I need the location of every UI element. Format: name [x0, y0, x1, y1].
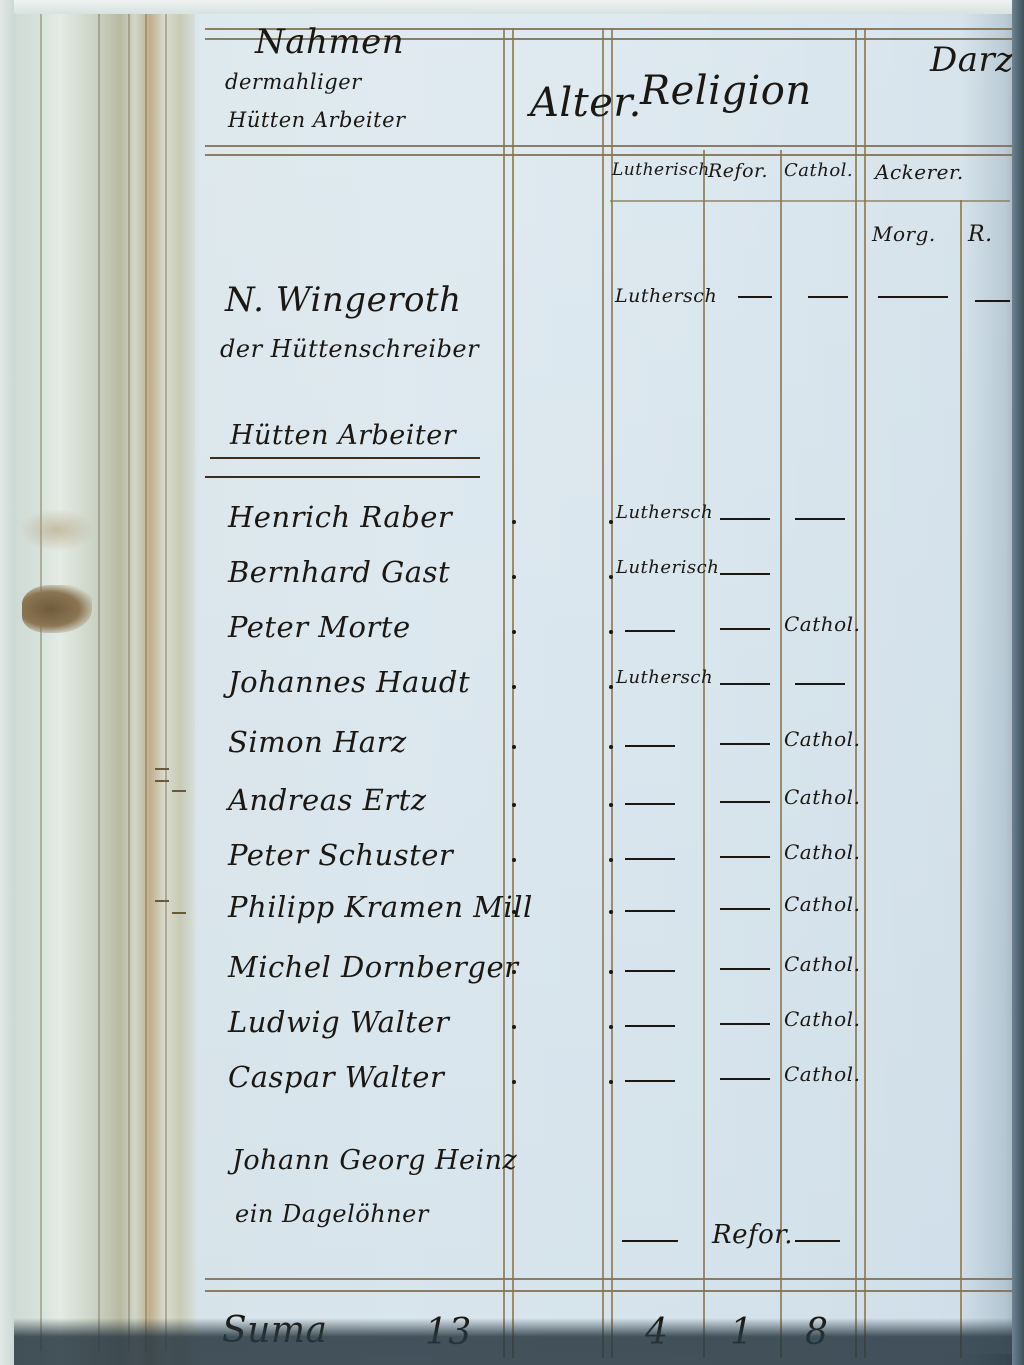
page-edge: [40, 14, 42, 1351]
dash: [625, 910, 675, 912]
dot: [512, 858, 516, 862]
dash: [625, 803, 675, 805]
worker-cath: Cathol.: [784, 785, 860, 809]
ruling-total: [205, 1278, 1015, 1280]
dot: [609, 685, 613, 689]
worker-cath: Cathol.: [784, 727, 860, 751]
dot: [609, 630, 613, 634]
entry-name: N. Wingeroth: [225, 280, 461, 320]
subheader-morg: Morg.: [872, 222, 936, 246]
worker-cath: Cathol.: [784, 892, 860, 916]
ruling-col: [602, 28, 604, 1358]
dash: [720, 908, 770, 910]
dash: [720, 518, 770, 520]
entry-note: der Hüttenschreiber: [220, 335, 479, 363]
dash: [625, 1025, 675, 1027]
dot: [512, 575, 516, 579]
dash: [720, 628, 770, 630]
photo-shadow: [0, 1318, 1024, 1365]
dot: [609, 520, 613, 524]
page-edge: [145, 14, 147, 1351]
dash: [622, 1240, 678, 1242]
section-heading: Hütten Arbeiter: [230, 420, 456, 451]
header-name-line3: Hütten Arbeiter: [228, 108, 406, 132]
page-edge: [98, 14, 100, 1351]
worker-luth: Luthersch: [616, 502, 713, 523]
worker-cath: Cathol.: [784, 612, 860, 636]
daylaborer-refo: Refor.: [712, 1220, 793, 1250]
dash: [625, 970, 675, 972]
dot: [609, 745, 613, 749]
page-edge: [128, 14, 130, 1351]
dash: [625, 858, 675, 860]
dash: [720, 856, 770, 858]
ruling-col: [611, 28, 613, 1358]
section-underline: [205, 476, 480, 478]
margin-mark: [155, 768, 169, 770]
dash: [625, 745, 675, 747]
dash: [795, 518, 845, 520]
worker-name: Peter Morte: [228, 610, 411, 644]
worker-cath: Cathol.: [784, 840, 860, 864]
dot: [609, 803, 613, 807]
worker-name: Ludwig Walter: [228, 1005, 449, 1039]
dot: [512, 1080, 516, 1084]
dash: [720, 743, 770, 745]
dash: [808, 296, 848, 298]
worker-cath: Cathol.: [784, 952, 860, 976]
worker-name: Simon Harz: [228, 725, 407, 759]
dot: [609, 1080, 613, 1084]
dash: [795, 1240, 840, 1242]
dash: [795, 683, 845, 685]
dash: [625, 630, 675, 632]
worker-name: Bernhard Gast: [228, 555, 450, 589]
dash: [625, 1080, 675, 1082]
dot: [609, 1025, 613, 1029]
daylaborer-name: Johann Georg Heinz: [232, 1145, 517, 1176]
worker-name: Caspar Walter: [228, 1060, 444, 1094]
daylaborer-note: ein Dagelöhner: [235, 1200, 429, 1228]
header-name-line2: dermahliger: [225, 70, 362, 94]
dash: [878, 296, 948, 298]
entry-luth: Luthersch: [615, 285, 717, 307]
dot: [512, 910, 516, 914]
margin-mark: [155, 900, 169, 902]
worker-cath: Cathol.: [784, 1062, 860, 1086]
dash: [720, 683, 770, 685]
worker-name: Philipp Kramen Mill: [228, 890, 533, 924]
dot: [512, 685, 516, 689]
document-photo: Nahmen dermahliger Hütten Arbeiter Alter…: [0, 0, 1024, 1365]
subheader-cath: Cathol.: [784, 160, 853, 181]
page-edge: [165, 14, 167, 1351]
margin-mark: [172, 912, 186, 914]
ruling-total: [205, 1290, 1015, 1292]
dot: [512, 970, 516, 974]
worker-cath: Cathol.: [784, 1007, 860, 1031]
header-name-line1: Nahmen: [255, 22, 404, 62]
ruling-header-bottom: [205, 145, 1015, 147]
ruling-col: [960, 200, 962, 1358]
dot: [512, 520, 516, 524]
dash: [720, 1078, 770, 1080]
dot: [512, 803, 516, 807]
worker-name: Peter Schuster: [228, 838, 453, 872]
subheader-refo: Refor.: [708, 160, 768, 182]
dot: [512, 630, 516, 634]
ruling-header-bottom: [205, 154, 1015, 156]
worker-name: Andreas Ertz: [228, 783, 427, 817]
ruling-col: [855, 28, 857, 1358]
dot: [609, 575, 613, 579]
worker-name: Henrich Raber: [228, 500, 452, 534]
subheader-r: R.: [968, 222, 993, 247]
water-stain: [22, 585, 92, 633]
dot: [609, 910, 613, 914]
dot: [512, 1025, 516, 1029]
dash: [738, 296, 772, 298]
header-right-partial: Darz: [930, 40, 1014, 80]
subheader-ackerer: Ackerer.: [875, 160, 964, 184]
dot: [512, 745, 516, 749]
border-right: [1012, 0, 1024, 1365]
dot: [609, 970, 613, 974]
header-age: Alter.: [530, 80, 642, 126]
section-underline: [210, 457, 480, 459]
header-religion: Religion: [640, 68, 812, 114]
border-top: [0, 0, 1024, 14]
ruling-col: [864, 28, 866, 1358]
worker-luth: Lutherisch: [616, 557, 719, 578]
dash: [720, 968, 770, 970]
worker-name: Johannes Haudt: [228, 665, 470, 699]
ruling-col: [703, 150, 705, 1358]
dot: [609, 858, 613, 862]
margin-mark: [155, 780, 169, 782]
border-left: [0, 0, 14, 1365]
worker-name: Michel Dornberger: [228, 950, 518, 984]
dash: [720, 1023, 770, 1025]
ruling-subheader: [610, 200, 1010, 202]
ruling-col: [780, 150, 782, 1358]
dash: [975, 300, 1010, 302]
margin-mark: [172, 790, 186, 792]
subheader-luth: Lutherisch: [612, 160, 710, 180]
dash: [720, 573, 770, 575]
worker-luth: Luthersch: [616, 667, 713, 688]
dash: [720, 801, 770, 803]
water-stain: [22, 510, 92, 550]
